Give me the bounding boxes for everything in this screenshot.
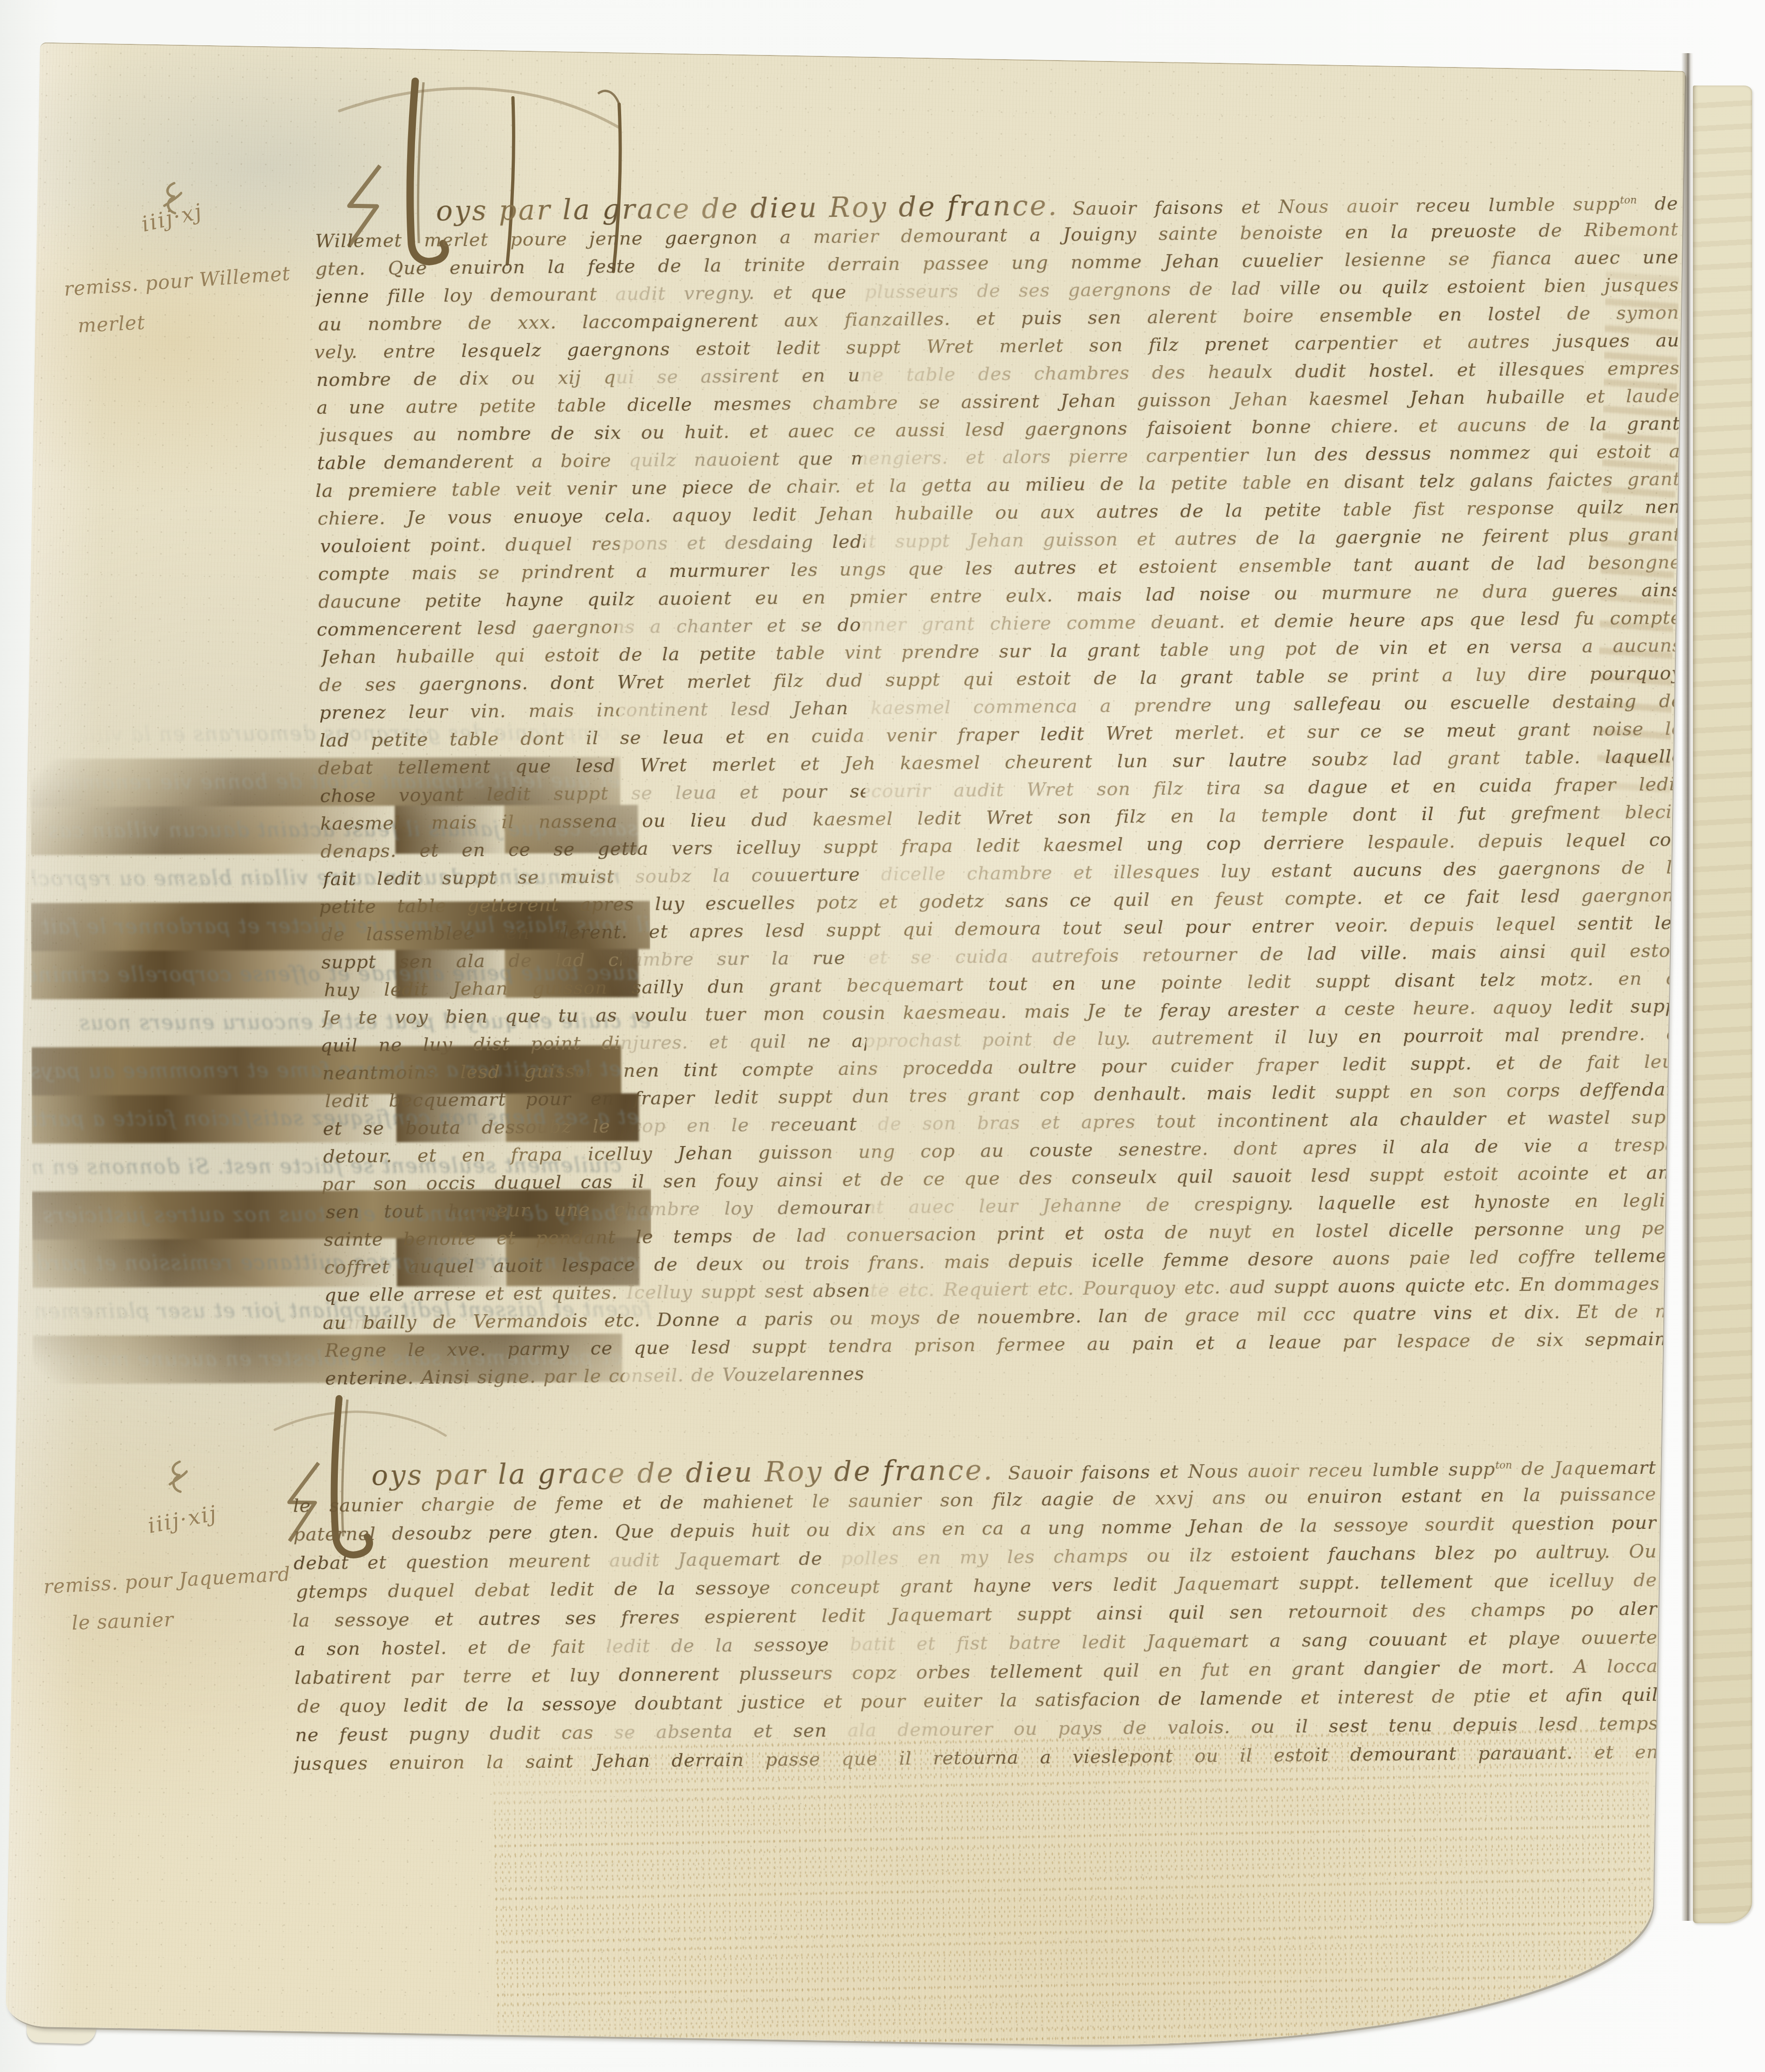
folio-number: iiij·xij — [146, 1500, 219, 1538]
margin-annotation-line: le saunier — [71, 1608, 174, 1634]
margin-annotation-line: remiss. pour Willemet — [63, 262, 291, 300]
gutter-crease — [1681, 53, 1693, 1921]
margin-annotation-line: merlet — [77, 311, 146, 337]
entry-2-text: oys par la grace de dieu Roy de france. … — [293, 1448, 1659, 1778]
entry-1-lines: Willemet merlet poure jenne gaergnon a m… — [315, 215, 1686, 1392]
margin-annotation-line: remiss. pour Jaquemard — [43, 1563, 291, 1598]
paraph-mark-icon — [165, 1457, 192, 1506]
entry-1-text: oys par la grace de dieu Roy de france. … — [315, 184, 1685, 1392]
entry-2-lines: le saunier chargie de feme et de mahiene… — [293, 1480, 1659, 1778]
opening-continuation: Sauoir faisons et Nous auoir receu lumbl… — [1008, 1457, 1656, 1484]
abbreviation-superscript: ton — [1495, 1459, 1512, 1471]
abbreviation-superscript: ton — [1620, 195, 1637, 206]
opening-continuation: Sauoir faisons et Nous auoir receu lumbl… — [1073, 193, 1679, 219]
parchment-page: la compaignie des gaergnons demourans en… — [6, 43, 1685, 2055]
adjacent-folio-edge — [1693, 86, 1752, 1923]
manuscript-scan: la compaignie des gaergnons demourans en… — [0, 0, 1765, 2072]
